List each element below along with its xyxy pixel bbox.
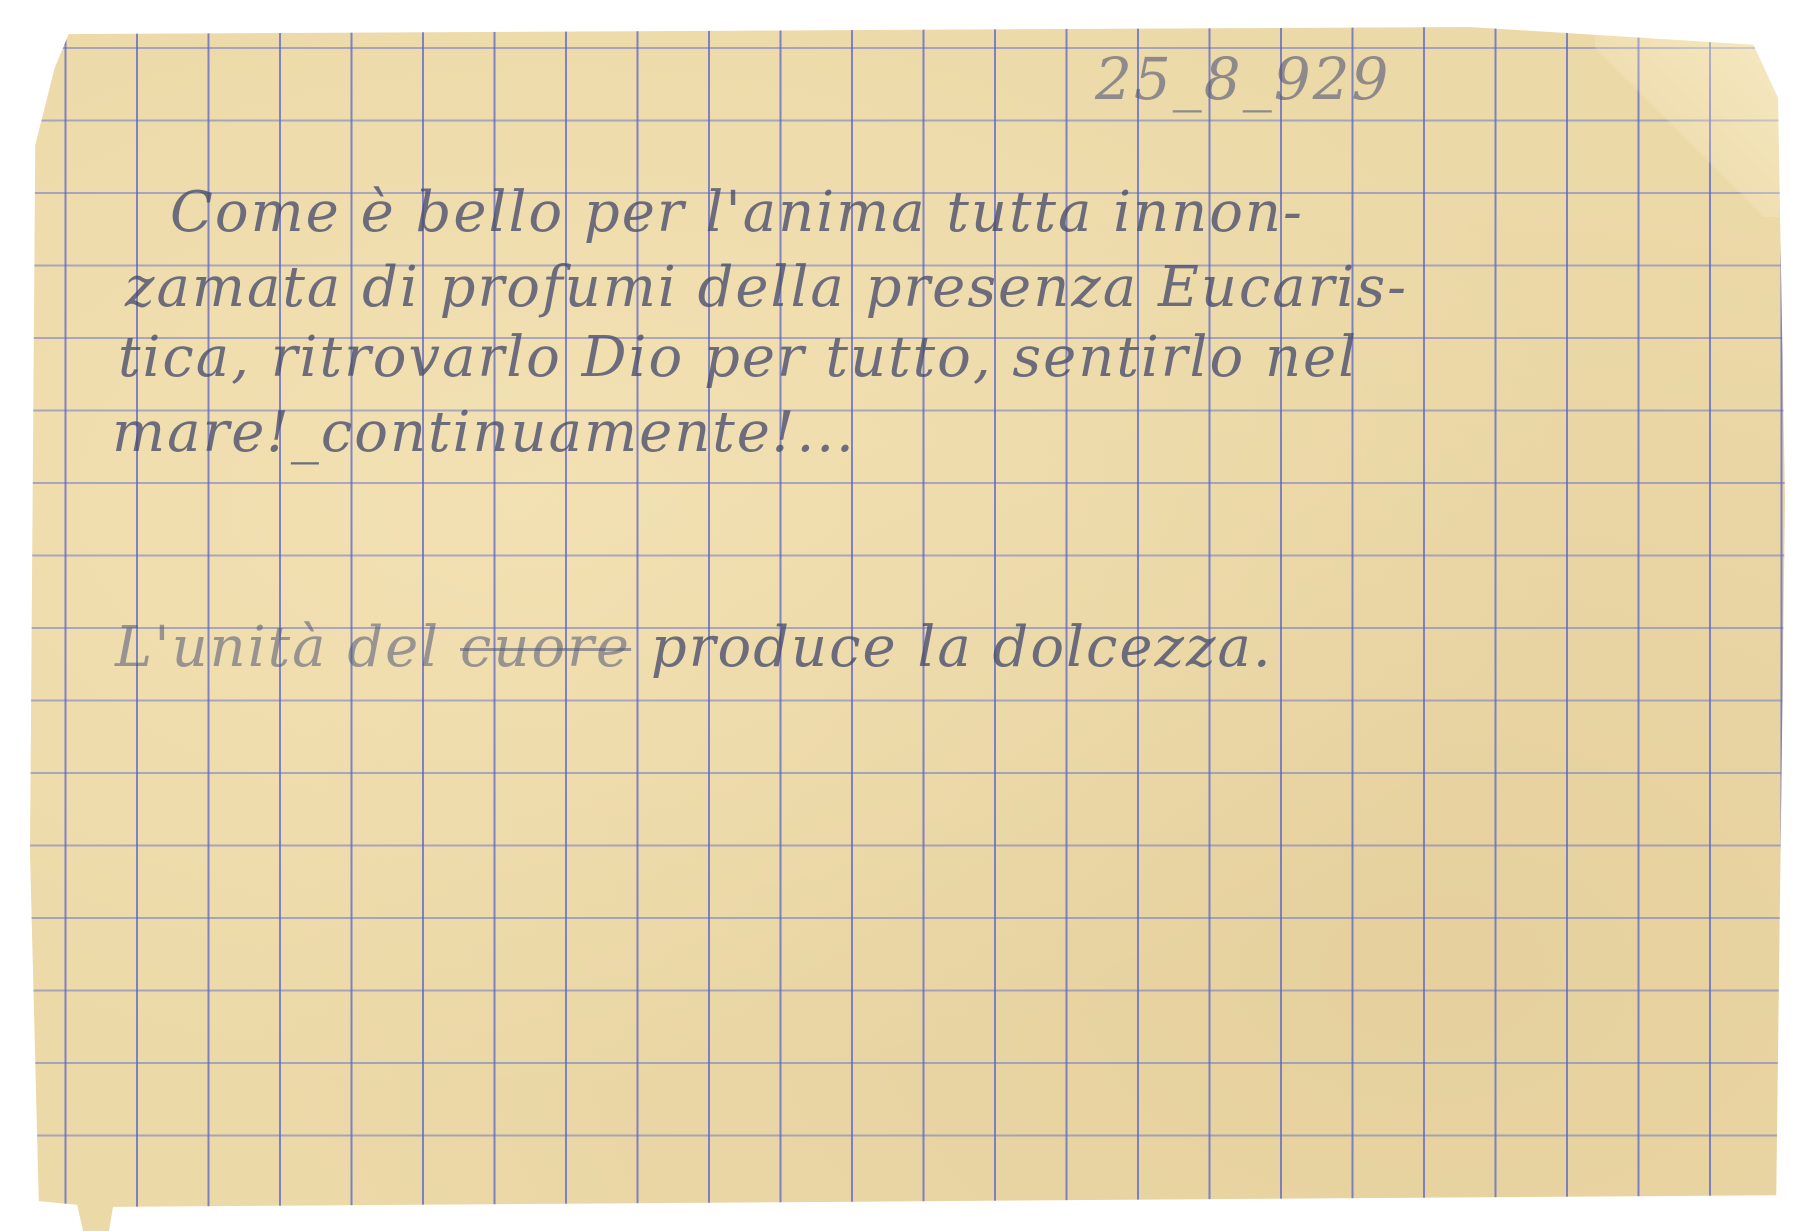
text-line-5: L'unità del cuore produce la dolcezza. [115,615,1273,680]
folded-corner [1595,27,1785,217]
text-line-3: tica, ritrovarlo Dio per tutto, sentirlo… [118,325,1358,390]
struck-word: cuore [460,615,631,680]
text-line-4: mare!_continuamente!... [112,400,856,465]
text-line-1: Come è bello per l'anima tutta innon- [170,180,1304,245]
handwritten-date: 25_8_929 [1095,45,1390,113]
paper-torn-tab [75,1195,115,1231]
text-before-strike: L'unità del [115,615,460,680]
text-after-strike: produce la dolcezza. [631,615,1273,680]
text-line-2: zamata di profumi della presenza Eucaris… [125,255,1408,320]
